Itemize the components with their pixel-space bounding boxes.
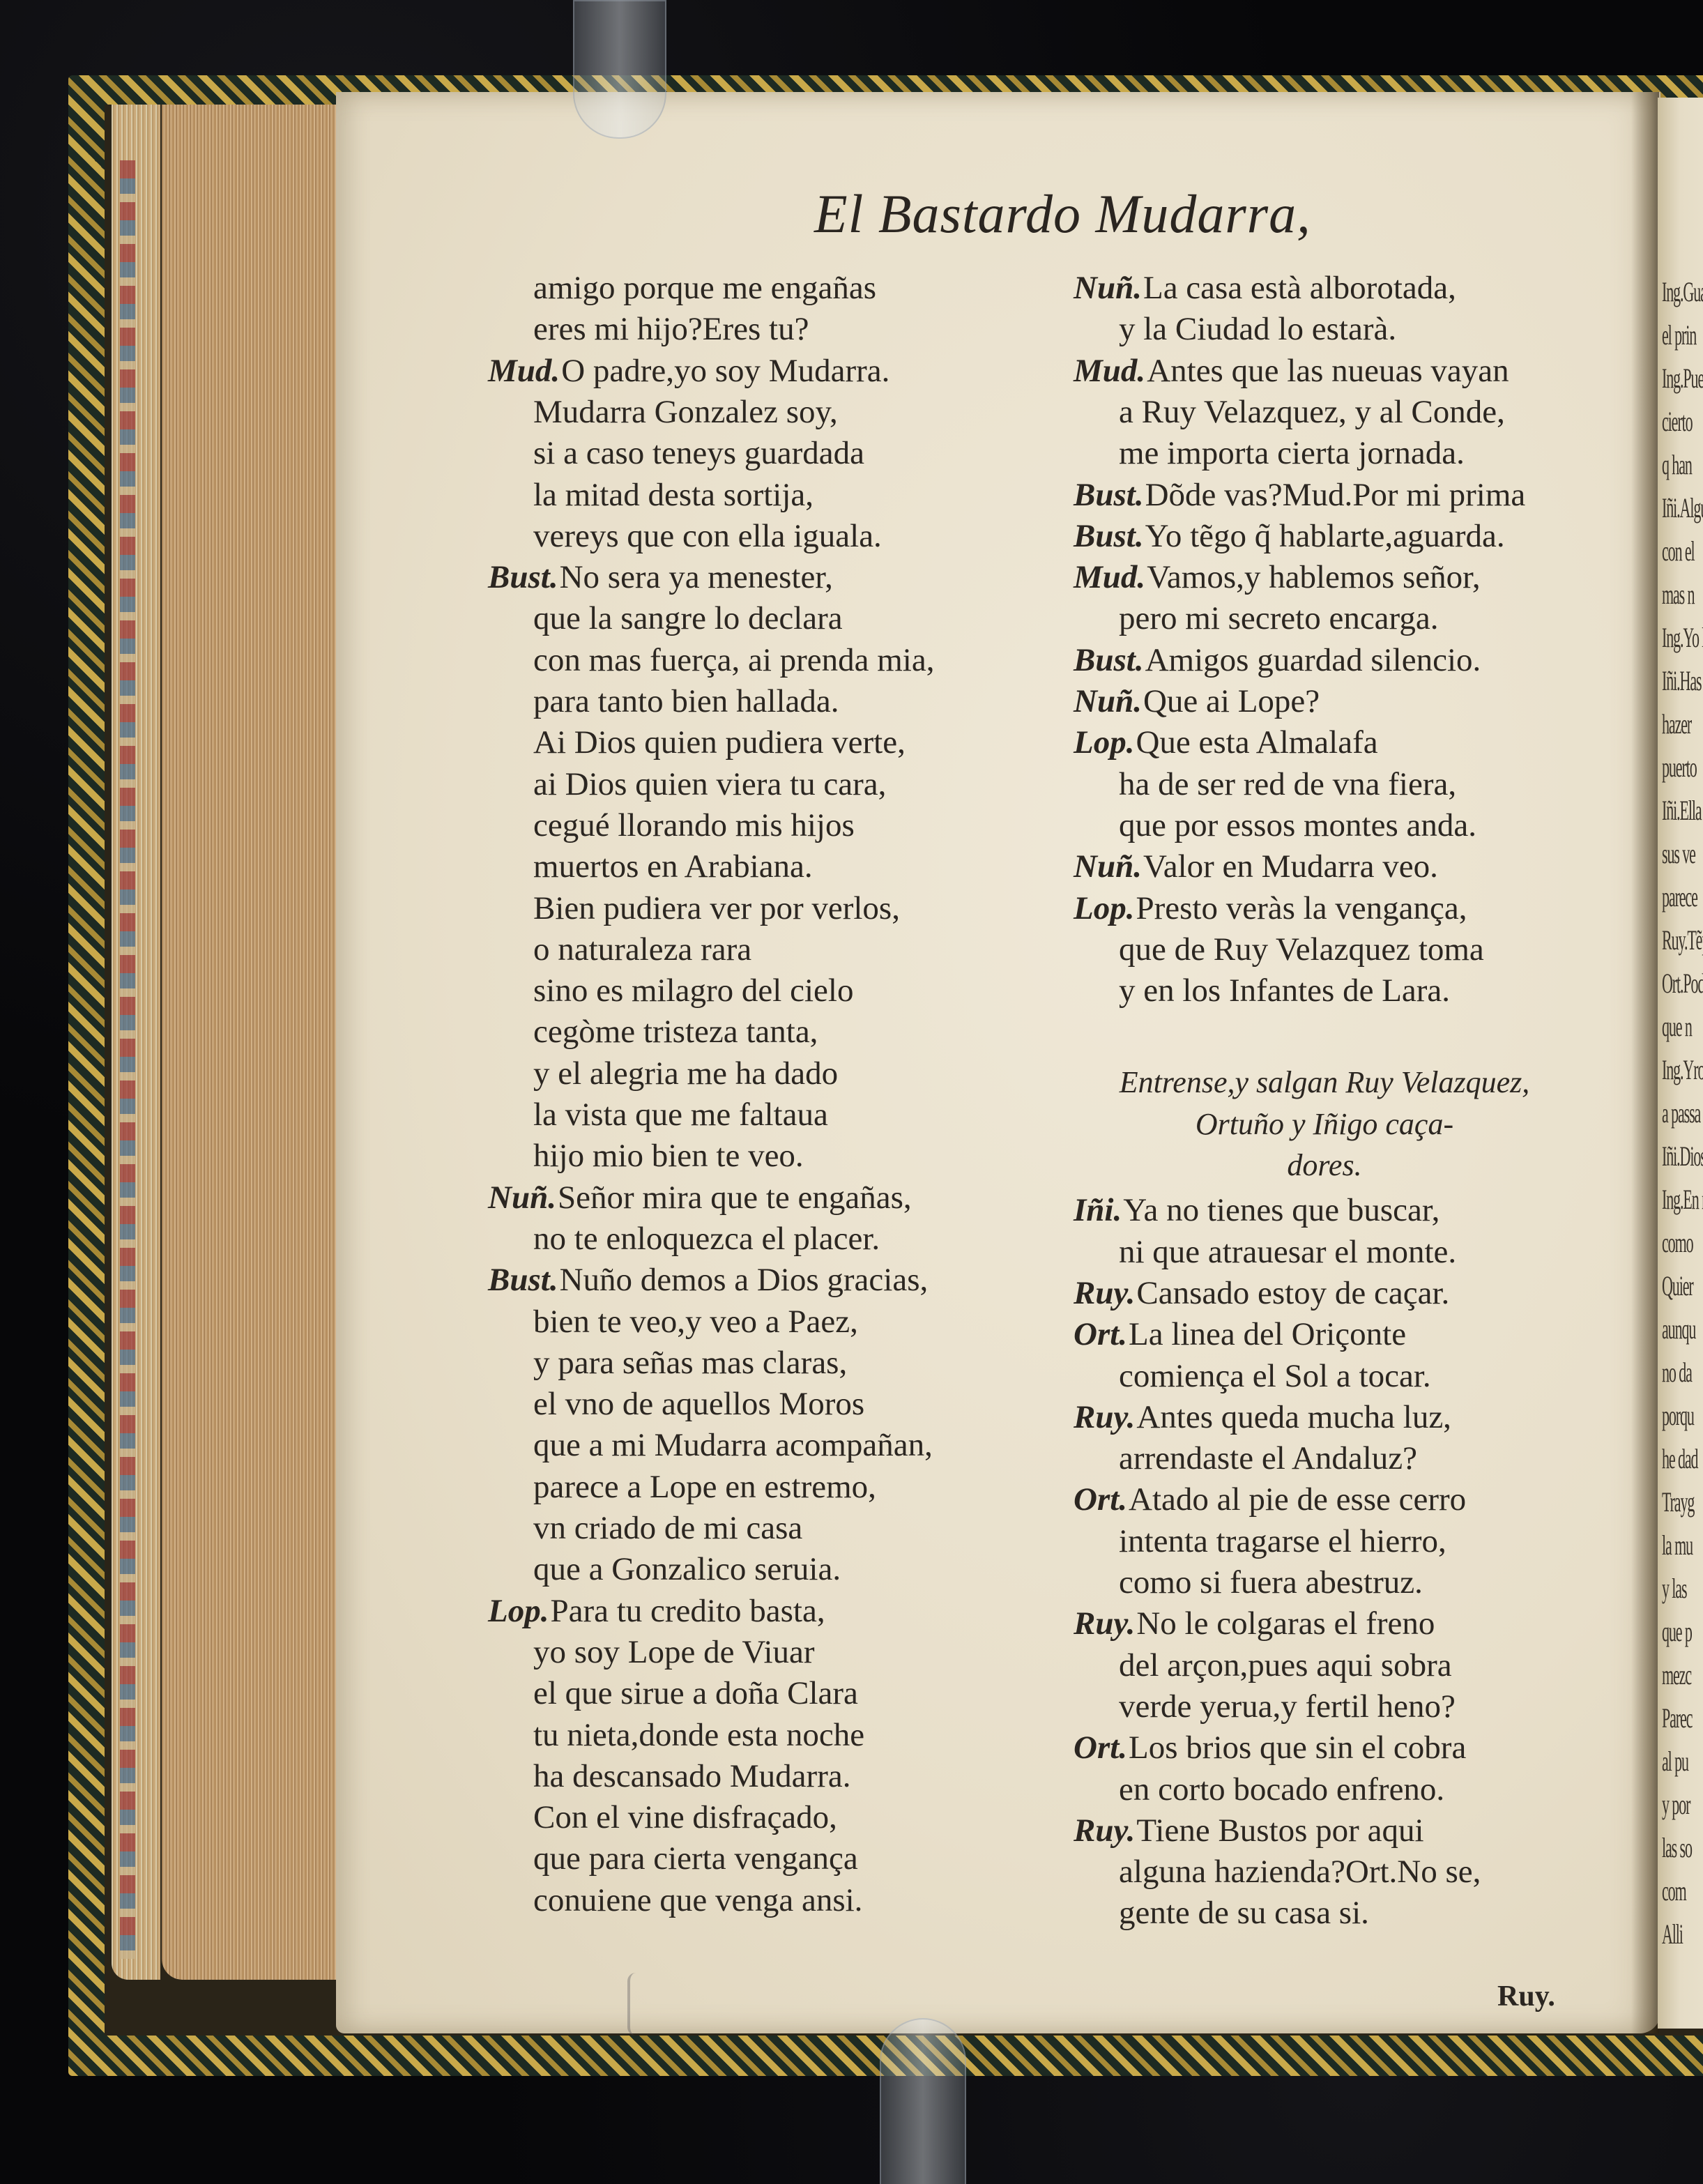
verse-line: Ruy.Cansado estoy de caçar.: [1074, 1277, 1449, 1310]
verse-line: como si fuera abestruz.: [1119, 1566, 1423, 1599]
speaker-label: Ruy.: [1074, 1275, 1135, 1311]
catchword: Ruy.: [1497, 1980, 1555, 2013]
speaker-label: Lop.: [1074, 890, 1134, 926]
verse-text: O padre,yo soy Mudarra.: [561, 353, 889, 389]
facing-page-fragment: y las: [1662, 1572, 1686, 1605]
verse-text: La linea del Oriçonte: [1129, 1316, 1406, 1352]
verse-line: Bust.Amigos guardad silencio.: [1074, 644, 1481, 677]
verse-line: arrendaste el Andaluz?: [1119, 1442, 1417, 1475]
verse-line: Lop.Que esta Almalafa: [1074, 726, 1378, 759]
facing-page-fragment: com: [1662, 1874, 1686, 1907]
verse-line: muertos en Arabiana.: [533, 850, 813, 883]
facing-page-fragment: puerto: [1662, 751, 1697, 784]
verse-text: el vno de aquellos Moros: [533, 1386, 864, 1422]
verse-text: gente de su casa si.: [1119, 1895, 1369, 1931]
verse-text: cegué llorando mis hijos: [533, 807, 855, 843]
speaker-label: Iñi.: [1074, 1192, 1122, 1228]
verse-text: Cansado estoy de caçar.: [1136, 1275, 1449, 1311]
verse-text: Antes queda mucha luz,: [1136, 1399, 1451, 1435]
speaker-label: Bust.: [488, 559, 558, 595]
verse-text: del arçon,pues aqui sobra: [1119, 1647, 1452, 1683]
facing-page-fragment: el prin: [1662, 319, 1696, 351]
verse-text: Vamos,y hablemos señor,: [1147, 559, 1481, 595]
facing-page-fragment: la mu: [1662, 1529, 1693, 1561]
verse-line: verde yerua,y fertil heno?: [1119, 1690, 1456, 1723]
facing-page-fragment: que n: [1662, 1010, 1692, 1043]
facing-page-fragment: que p: [1662, 1615, 1692, 1648]
facing-page-fragment: Alli: [1662, 1918, 1683, 1950]
verse-text: eres mi hijo?Eres tu?: [533, 311, 809, 347]
verse-text: la vista que me faltaua: [533, 1097, 828, 1133]
verse-line: cegué llorando mis hijos: [533, 809, 855, 842]
verse-line: me importa cierta jornada.: [1119, 437, 1465, 470]
facing-page-fragment: Iñi.Algu: [1662, 491, 1703, 524]
verse-text: Que ai Lope?: [1143, 683, 1320, 719]
verse-text: comiença el Sol a tocar.: [1119, 1358, 1431, 1394]
verse-text: hijo mio bien te veo.: [533, 1138, 804, 1174]
speaker-label: Ort.: [1074, 1729, 1127, 1766]
verse-text: muertos en Arabiana.: [533, 848, 813, 885]
verse-text: Atado al pie de esse cerro: [1129, 1481, 1466, 1518]
verse-text: Con el vine disfraçado,: [533, 1799, 837, 1835]
facing-page-fragment: aunqu: [1662, 1313, 1695, 1345]
verse-line: eres mi hijo?Eres tu?: [533, 313, 809, 346]
speaker-label: Bust.: [1074, 477, 1144, 513]
verse-line: Mud.O padre,yo soy Mudarra.: [488, 355, 889, 388]
facing-page-fragment: con el: [1662, 535, 1695, 567]
verse-text: no te enloquezca el placer.: [533, 1221, 880, 1257]
verse-line: y en los Infantes de Lara.: [1119, 975, 1450, 1007]
verse-text: yo soy Lope de Viuar: [533, 1634, 815, 1670]
verse-text: con mas fuerça, ai prenda mia,: [533, 642, 934, 678]
verse-text: y en los Infantes de Lara.: [1119, 972, 1450, 1009]
verse-line: Ort.Atado al pie de esse cerro: [1074, 1483, 1466, 1516]
verse-text: ha descansado Mudarra.: [533, 1758, 850, 1794]
verse-line: en corto bocado enfreno.: [1119, 1773, 1444, 1806]
verse-line: Bust.Yo tẽgo q̃ hablarte,aguarda.: [1074, 520, 1505, 553]
verse-line: Con el vine disfraçado,: [533, 1801, 837, 1834]
verse-text: que a mi Mudarra acompañan,: [533, 1427, 933, 1463]
facing-page: Ing.Guael prinIng.Pueciertoq hanIñi.Algu…: [1658, 98, 1703, 2029]
verse-line: hijo mio bien te veo.: [533, 1140, 804, 1173]
facing-page-fragment: Ing.En n: [1662, 1183, 1703, 1216]
verse-line: gente de su casa si.: [1119, 1897, 1369, 1930]
verse-text: Señor mira que te engañas,: [558, 1179, 912, 1216]
stage-direction: Entrense,y salgan Ruy Velazquez,: [1074, 1064, 1575, 1100]
verse-text: alguna hazienda?Ort.No se,: [1119, 1854, 1481, 1890]
verse-line: que a mi Mudarra acompañan,: [533, 1429, 933, 1462]
stage-direction: Ortuño y Iñigo caça-: [1074, 1106, 1575, 1142]
verse-line: Bien pudiera ver por verlos,: [533, 892, 900, 925]
verse-line: Nuñ.Valor en Mudarra veo.: [1074, 850, 1438, 883]
verse-line: que por essos montes anda.: [1119, 809, 1476, 842]
facing-page-fragment: y por: [1662, 1788, 1690, 1821]
facing-page-fragment: cierto: [1662, 405, 1692, 438]
facing-page-fragment: Parec: [1662, 1702, 1692, 1734]
verse-line: Ort.Los brios que sin el cobra: [1074, 1732, 1466, 1764]
verse-text: que a Gonzalico seruia.: [533, 1551, 841, 1587]
verse-line: y el alegria me ha dado: [533, 1057, 838, 1090]
verse-line: Mudarra Gonzalez soy,: [533, 396, 838, 429]
verse-text: Ai Dios quien pudiera verte,: [533, 724, 906, 761]
speaker-label: Nuñ.: [1074, 848, 1142, 885]
verse-line: a Ruy Velazquez, y al Conde,: [1119, 396, 1505, 429]
facing-page-fragment: Quier: [1662, 1269, 1693, 1302]
verse-text: bien te veo,y veo a Paez,: [533, 1304, 858, 1340]
verse-line: amigo porque me engañas: [533, 272, 876, 305]
verse-line: parece a Lope en estremo,: [533, 1471, 876, 1504]
speaker-label: Mud.: [1074, 353, 1145, 389]
facing-page-fragment: he dad: [1662, 1442, 1697, 1475]
verse-line: cegòme tristeza tanta,: [533, 1016, 818, 1048]
verse-text: la mitad desta sortija,: [533, 477, 814, 513]
speaker-label: Ort.: [1074, 1316, 1127, 1352]
verse-line: Bust.Nuño demos a Dios gracias,: [488, 1264, 928, 1297]
page-edges: [112, 105, 160, 1980]
verse-line: Lop.Para tu credito basta,: [488, 1595, 825, 1628]
verse-text: Yo tẽgo q̃ hablarte,aguarda.: [1145, 518, 1505, 554]
verse-line: y para señas mas claras,: [533, 1347, 847, 1380]
stage-direction: dores.: [1074, 1147, 1575, 1183]
verse-line: pero mi secreto encarga.: [1119, 602, 1438, 635]
verse-line: el vno de aquellos Moros: [533, 1388, 864, 1421]
facing-page-fragment: q han: [1662, 448, 1692, 481]
verse-line: Ort.La linea del Oriçonte: [1074, 1318, 1406, 1351]
speaker-label: Nuñ.: [1074, 683, 1142, 719]
verse-line: vn criado de mi casa: [533, 1512, 802, 1545]
verse-text: ai Dios quien viera tu cara,: [533, 766, 886, 802]
verse-line: Nuñ.Señor mira que te engañas,: [488, 1182, 912, 1214]
verse-text: y el alegria me ha dado: [533, 1055, 838, 1092]
verse-text: y para señas mas claras,: [533, 1345, 847, 1381]
speaker-label: Bust.: [488, 1262, 558, 1298]
verse-line: Bust.No sera ya menester,: [488, 561, 833, 594]
verse-text: sino es milagro del cielo: [533, 972, 853, 1009]
facing-page-fragment: Ing.Yo l: [1662, 621, 1703, 654]
verse-line: o naturaleza rara: [533, 933, 751, 966]
verse-line: y la Ciudad lo estarà.: [1119, 313, 1396, 346]
verse-text: cegòme tristeza tanta,: [533, 1014, 818, 1050]
facing-page-fragment: parece: [1662, 880, 1697, 913]
facing-page-fragment: Ing.Gua: [1662, 275, 1703, 308]
facing-page-fragment: hazer: [1662, 708, 1691, 740]
page-clip-top: [573, 0, 666, 139]
speaker-label: Mud.: [488, 353, 560, 389]
verse-text: No sera ya menester,: [560, 559, 833, 595]
verse-text: Mudarra Gonzalez soy,: [533, 394, 838, 430]
verse-line: Lop.Presto veràs la vengança,: [1074, 892, 1467, 925]
verse-text: La casa està alborotada,: [1143, 270, 1456, 306]
verse-line: con mas fuerça, ai prenda mia,: [533, 644, 934, 677]
speaker-label: Bust.: [1074, 642, 1144, 678]
verse-text: verde yerua,y fertil heno?: [1119, 1688, 1456, 1725]
verse-text: conuiene que venga ansi.: [533, 1882, 862, 1918]
verse-text: Valor en Mudarra veo.: [1143, 848, 1438, 885]
verse-line: bien te veo,y veo a Paez,: [533, 1306, 858, 1338]
speaker-label: Ruy.: [1074, 1605, 1135, 1642]
verse-text: Antes que las nueuas vayan: [1147, 353, 1509, 389]
verse-text: Que esta Almalafa: [1136, 724, 1377, 761]
verse-line: comiença el Sol a tocar.: [1119, 1360, 1431, 1393]
verse-text: o naturaleza rara: [533, 931, 751, 968]
verse-text: Para tu credito basta,: [550, 1593, 825, 1629]
verse-line: Ruy.Antes queda mucha luz,: [1074, 1401, 1451, 1434]
verse-text: Amigos guardad silencio.: [1145, 642, 1481, 678]
verse-line: Ai Dios quien pudiera verte,: [533, 726, 906, 759]
verse-line: que a Gonzalico seruia.: [533, 1553, 841, 1586]
verse-line: Bust.Dõde vas?Mud.Por mi prima: [1074, 479, 1525, 512]
verse-text: ha de ser red de vna fiera,: [1119, 766, 1456, 802]
verse-text: Ya no tienes que buscar,: [1123, 1192, 1439, 1228]
gutter-shadow: [1631, 92, 1659, 2033]
facing-page-fragment: Iñi.Ella: [1662, 794, 1702, 827]
verse-text: si a caso teneys guardada: [533, 435, 864, 471]
verse-line: Iñi.Ya no tienes que buscar,: [1074, 1194, 1439, 1227]
speaker-label: Nuñ.: [488, 1179, 556, 1216]
facing-page-fragment: Ort.Pod: [1662, 967, 1703, 1000]
verse-line: ni que atrauesar el monte.: [1119, 1236, 1456, 1269]
verse-text: vereys que con ella iguala.: [533, 518, 882, 554]
facing-page-fragment: al pu: [1662, 1745, 1688, 1778]
speaker-label: Ort.: [1074, 1481, 1127, 1518]
verse-line: ai Dios quien viera tu cara,: [533, 768, 886, 801]
verse-line: tu nieta,donde esta noche: [533, 1719, 864, 1752]
page-clip-bottom: [880, 2018, 966, 2184]
verse-line: ha descansado Mudarra.: [533, 1760, 850, 1793]
verse-text: que la sangre lo declara: [533, 600, 843, 636]
verse-text: como si fuera abestruz.: [1119, 1564, 1423, 1601]
facing-page-fragment: Iñi.Has d: [1662, 664, 1703, 697]
verse-text: Bien pudiera ver por verlos,: [533, 890, 900, 926]
verse-text: vn criado de mi casa: [533, 1510, 802, 1546]
verse-text: tu nieta,donde esta noche: [533, 1717, 864, 1753]
verse-text: No le colgaras el freno: [1136, 1605, 1435, 1642]
facing-page-fragment: Ing.Yro: [1662, 1053, 1703, 1086]
speaker-label: Bust.: [1074, 518, 1144, 554]
verse-line: del arçon,pues aqui sobra: [1119, 1649, 1452, 1682]
facing-page-fragment: Ing.Pue: [1662, 362, 1703, 395]
facing-page-fragment: las so: [1662, 1831, 1692, 1864]
marbled-endpaper-edge: [120, 160, 135, 1959]
facing-page-fragment: Trayg: [1662, 1486, 1694, 1518]
verse-text: arrendaste el Andaluz?: [1119, 1440, 1417, 1476]
verse-line: conuiene que venga ansi.: [533, 1884, 862, 1917]
speaker-label: Ruy.: [1074, 1399, 1135, 1435]
verse-text: Tiene Bustos por aqui: [1136, 1812, 1423, 1849]
facing-page-fragment: Iñi.Dios: [1662, 1140, 1703, 1173]
verse-text: parece a Lope en estremo,: [533, 1469, 876, 1505]
verse-line: no te enloquezca el placer.: [533, 1223, 880, 1255]
verse-text: Dõde vas?Mud.Por mi prima: [1145, 477, 1526, 513]
verse-line: que de Ruy Velazquez toma: [1119, 933, 1484, 966]
speaker-label: Lop.: [488, 1593, 549, 1629]
text-block-edge: [162, 105, 336, 1980]
verse-text: en corto bocado enfreno.: [1119, 1771, 1444, 1808]
verse-text: que por essos montes anda.: [1119, 807, 1476, 843]
verse-text: y la Ciudad lo estarà.: [1119, 311, 1396, 347]
facing-page-fragment: mas n: [1662, 578, 1694, 611]
verse-line: yo soy Lope de Viuar: [533, 1636, 815, 1669]
facing-page-fragment: Ruy.Tẽp: [1662, 924, 1703, 956]
verse-text: Nuño demos a Dios gracias,: [560, 1262, 929, 1298]
verse-text: ni que atrauesar el monte.: [1119, 1234, 1456, 1270]
running-head: El Bastardo Mudarra,: [814, 183, 1311, 245]
verse-line: Ruy.Tiene Bustos por aqui: [1074, 1815, 1424, 1847]
verse-line: que la sangre lo declara: [533, 602, 843, 635]
verse-line: la mitad desta sortija,: [533, 479, 814, 512]
verse-text: intenta tragarse el hierro,: [1119, 1523, 1446, 1559]
verse-text: Los brios que sin el cobra: [1129, 1729, 1466, 1766]
speaker-label: Mud.: [1074, 559, 1145, 595]
facing-page-fragment: porqu: [1662, 1399, 1694, 1432]
verse-text: pero mi secreto encarga.: [1119, 600, 1438, 636]
verse-line: la vista que me faltaua: [533, 1099, 828, 1131]
verse-line: Nuñ.Que ai Lope?: [1074, 685, 1320, 718]
facing-page-fragment: sus ve: [1662, 837, 1695, 870]
ink-mark: [627, 1973, 644, 2036]
verse-line: alguna hazienda?Ort.No se,: [1119, 1856, 1481, 1888]
verse-line: el que sirue a doña Clara: [533, 1677, 858, 1710]
verse-text: que de Ruy Velazquez toma: [1119, 931, 1484, 968]
verse-line: Nuñ.La casa està alborotada,: [1074, 272, 1456, 305]
verse-line: Mud.Vamos,y hablemos señor,: [1074, 561, 1481, 594]
verse-line: que para cierta vengança: [533, 1842, 858, 1875]
speaker-label: Ruy.: [1074, 1812, 1135, 1849]
verse-text: Presto veràs la vengança,: [1136, 890, 1467, 926]
speaker-label: Lop.: [1074, 724, 1134, 761]
verse-line: vereys que con ella iguala.: [533, 520, 882, 553]
verse-line: sino es milagro del cielo: [533, 975, 853, 1007]
verse-text: que para cierta vengança: [533, 1840, 858, 1877]
facing-page-fragment: mezc: [1662, 1658, 1691, 1691]
facing-page-fragment: no da: [1662, 1356, 1692, 1389]
facing-page-fragment: a passa: [1662, 1097, 1700, 1129]
verse-text: a Ruy Velazquez, y al Conde,: [1119, 394, 1505, 430]
facing-page-fragment: como: [1662, 1226, 1693, 1259]
verse-text: me importa cierta jornada.: [1119, 435, 1465, 471]
verse-line: Ruy.No le colgaras el freno: [1074, 1608, 1435, 1640]
speaker-label: Nuñ.: [1074, 270, 1142, 306]
verse-text: para tanto bien hallada.: [533, 683, 839, 719]
verse-text: el que sirue a doña Clara: [533, 1675, 858, 1711]
verse-line: intenta tragarse el hierro,: [1119, 1525, 1446, 1558]
verse-text: amigo porque me engañas: [533, 270, 876, 306]
verse-line: si a caso teneys guardada: [533, 437, 864, 470]
verse-line: ha de ser red de vna fiera,: [1119, 768, 1456, 801]
verse-line: Mud.Antes que las nueuas vayan: [1074, 355, 1509, 388]
verse-line: para tanto bien hallada.: [533, 685, 839, 718]
